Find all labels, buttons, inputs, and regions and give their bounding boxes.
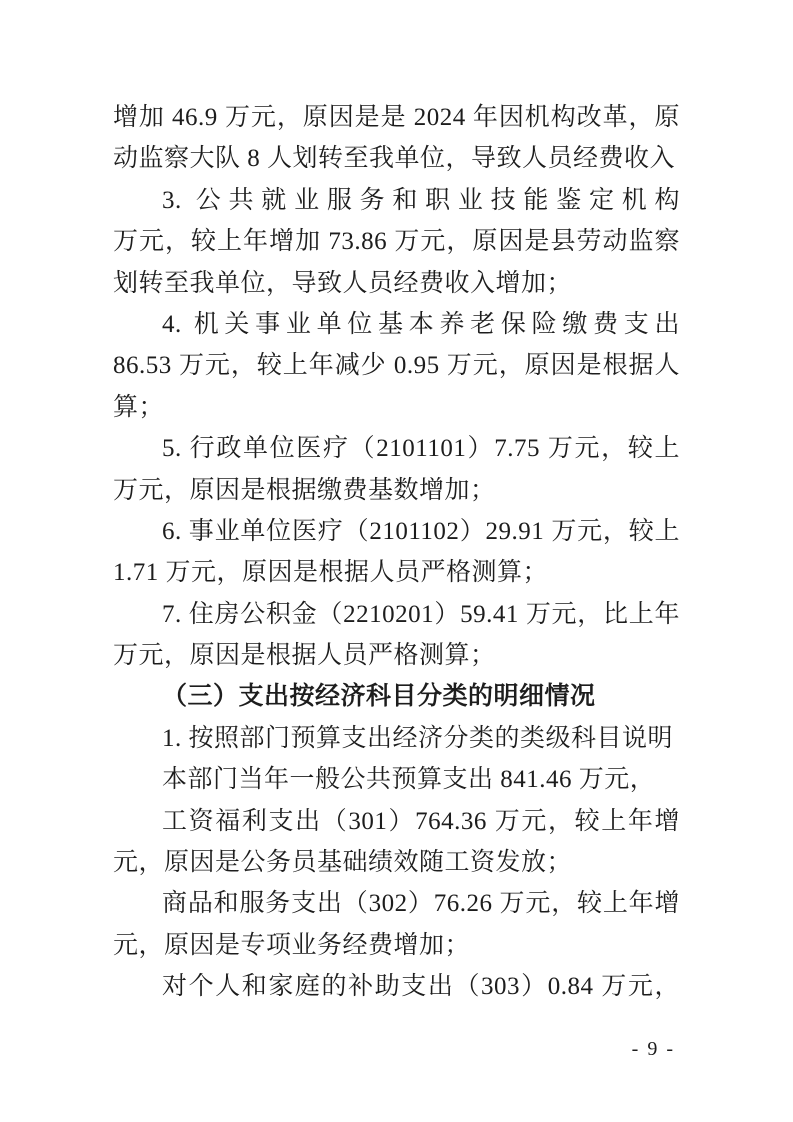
document-page: 增加 46.9 万元，原因是是 2024 年因机构改革，原因是县劳 动监察大队 … — [0, 0, 793, 1122]
text-line: 3. 公共就业服务和职业技能鉴定机构（2080111）219.03 — [113, 180, 680, 221]
paragraph: 1. 按照部门预算支出经济分类的类级科目说明 — [113, 718, 680, 759]
paragraph: 对个人和家庭的补助支出（303）0.84 万元，较上年减 — [113, 966, 680, 1007]
paragraph: 增加 46.9 万元，原因是是 2024 年因机构改革，原因是县劳 动监察大队 … — [113, 97, 680, 180]
paragraph: 本部门当年一般公共预算支出 841.46 万元，其中： — [113, 759, 680, 800]
text-line: 万元，原因是根据缴费基数增加； — [113, 470, 680, 511]
text-line: 算； — [113, 387, 680, 428]
text-line: 4. 机关事业单位基本养老保险缴费支出（2080505） — [113, 304, 680, 345]
text-line: 7. 住房公积金（2210201）59.41 万元，比上年减少 6.22 — [113, 594, 680, 635]
text-line: 划转至我单位，导致人员经费收入增加； — [113, 263, 680, 304]
paragraph: 3. 公共就业服务和职业技能鉴定机构（2080111）219.03 万元，较上年… — [113, 180, 680, 304]
section-heading: （三）支出按经济科目分类的明细情况 — [113, 676, 680, 717]
text-line: 动监察大队 8 人划转至我单位，导致人员经费收入增加； — [113, 138, 680, 179]
text-line: 商品和服务支出（302）76.26 万元，较上年增加 1.4 万 — [113, 883, 680, 924]
text-line: 本部门当年一般公共预算支出 841.46 万元，其中： — [113, 759, 680, 800]
text-line: 6. 事业单位医疗（2101102）29.91 万元，较上年减少 — [113, 511, 680, 552]
text-line: 元，原因是专项业务经费增加； — [113, 925, 680, 966]
text-line: 1. 按照部门预算支出经济分类的类级科目说明 — [113, 718, 680, 759]
paragraph: 4. 机关事业单位基本养老保险缴费支出（2080505） 86.53 万元，较上… — [113, 304, 680, 428]
paragraph: （三）支出按经济科目分类的明细情况 — [113, 676, 680, 717]
text-line: 86.53 万元，较上年减少 0.95 万元，原因是根据人员严格测 — [113, 345, 680, 386]
text-line: 1.71 万元，原因是根据人员严格测算； — [113, 552, 680, 593]
paragraph: 6. 事业单位医疗（2101102）29.91 万元，较上年减少 1.71 万元… — [113, 511, 680, 594]
document-body: 增加 46.9 万元，原因是是 2024 年因机构改革，原因是县劳 动监察大队 … — [113, 97, 680, 1008]
page-number: - 9 - — [632, 1036, 675, 1062]
paragraph: 5. 行政单位医疗（2101101）7.75 万元，较上年增加 0.03 万元，… — [113, 428, 680, 511]
text-line: 元，原因是公务员基础绩效随工资发放； — [113, 842, 680, 883]
text-line: 万元，较上年增加 73.86 万元，原因是县劳动监察大队 8 人 — [113, 221, 680, 262]
text-line: 对个人和家庭的补助支出（303）0.84 万元，较上年减 — [113, 966, 680, 1007]
text-line: 5. 行政单位医疗（2101101）7.75 万元，较上年增加 0.03 — [113, 428, 680, 469]
paragraph: 商品和服务支出（302）76.26 万元，较上年增加 1.4 万 元，原因是专项… — [113, 883, 680, 966]
text-line: 工资福利支出（301）764.36 万元，较上年增加 7.13 万 — [113, 801, 680, 842]
paragraph: 7. 住房公积金（2210201）59.41 万元，比上年减少 6.22 万元，… — [113, 594, 680, 677]
text-line: 增加 46.9 万元，原因是是 2024 年因机构改革，原因是县劳 — [113, 97, 680, 138]
paragraph: 工资福利支出（301）764.36 万元，较上年增加 7.13 万 元，原因是公… — [113, 801, 680, 884]
text-line: 万元，原因是根据人员严格测算； — [113, 635, 680, 676]
